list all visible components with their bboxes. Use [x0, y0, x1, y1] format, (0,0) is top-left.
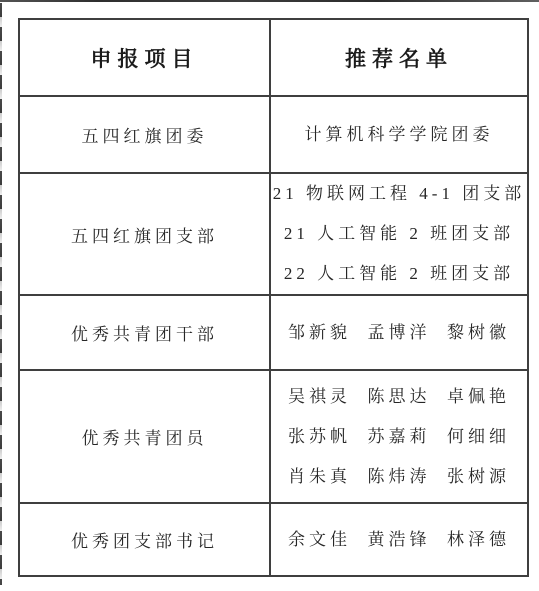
- nominees-cell: 邹新貌 孟博洋 黎树徽: [270, 295, 528, 370]
- nominee-line: 22 人工智能 2 班团支部: [271, 254, 527, 294]
- nominee-line: 21 物联网工程 4-1 团支部: [271, 174, 527, 214]
- project-cell: 优秀团支部书记: [19, 503, 270, 576]
- award-nomination-table: 申报项目 推荐名单 五四红旗团委计算机科学学院团委五四红旗团支部21 物联网工程…: [18, 18, 529, 577]
- project-cell: 优秀共青团干部: [19, 295, 270, 370]
- nominees-cell: 计算机科学学院团委: [270, 96, 528, 173]
- table-header-row: 申报项目 推荐名单: [19, 19, 528, 96]
- scan-artifact-top-edge: [0, 0, 539, 2]
- nominees-cell: 21 物联网工程 4-1 团支部21 人工智能 2 班团支部22 人工智能 2 …: [270, 173, 528, 295]
- nominee-line: 计算机科学学院团委: [271, 115, 527, 155]
- nominee-line: 张苏帆 苏嘉莉 何细细: [271, 417, 527, 457]
- table-row: 优秀团支部书记余文佳 黄浩锋 林泽德: [19, 503, 528, 576]
- nominee-line: 邹新貌 孟博洋 黎树徽: [271, 313, 527, 353]
- table-row: 优秀共青团员吴祺灵 陈思达 卓佩艳张苏帆 苏嘉莉 何细细肖朱真 陈炜涛 张树源: [19, 370, 528, 503]
- nominees-cell: 吴祺灵 陈思达 卓佩艳张苏帆 苏嘉莉 何细细肖朱真 陈炜涛 张树源: [270, 370, 528, 503]
- table-body: 五四红旗团委计算机科学学院团委五四红旗团支部21 物联网工程 4-1 团支部21…: [19, 96, 528, 576]
- scan-artifact-left-edge: [0, 3, 2, 585]
- project-cell: 优秀共青团员: [19, 370, 270, 503]
- table-row: 优秀共青团干部邹新貌 孟博洋 黎树徽: [19, 295, 528, 370]
- column-header-project: 申报项目: [19, 19, 270, 96]
- project-cell: 五四红旗团委: [19, 96, 270, 173]
- table-row: 五四红旗团支部21 物联网工程 4-1 团支部21 人工智能 2 班团支部22 …: [19, 173, 528, 295]
- nominee-line: 21 人工智能 2 班团支部: [271, 214, 527, 254]
- nominee-line: 余文佳 黄浩锋 林泽德: [271, 520, 527, 560]
- nominee-line: 吴祺灵 陈思达 卓佩艳: [271, 377, 527, 417]
- project-cell: 五四红旗团支部: [19, 173, 270, 295]
- column-header-nominees: 推荐名单: [270, 19, 528, 96]
- nominees-cell: 余文佳 黄浩锋 林泽德: [270, 503, 528, 576]
- table-row: 五四红旗团委计算机科学学院团委: [19, 96, 528, 173]
- nominee-line: 肖朱真 陈炜涛 张树源: [271, 457, 527, 497]
- scanned-document-page: 申报项目 推荐名单 五四红旗团委计算机科学学院团委五四红旗团支部21 物联网工程…: [0, 0, 539, 591]
